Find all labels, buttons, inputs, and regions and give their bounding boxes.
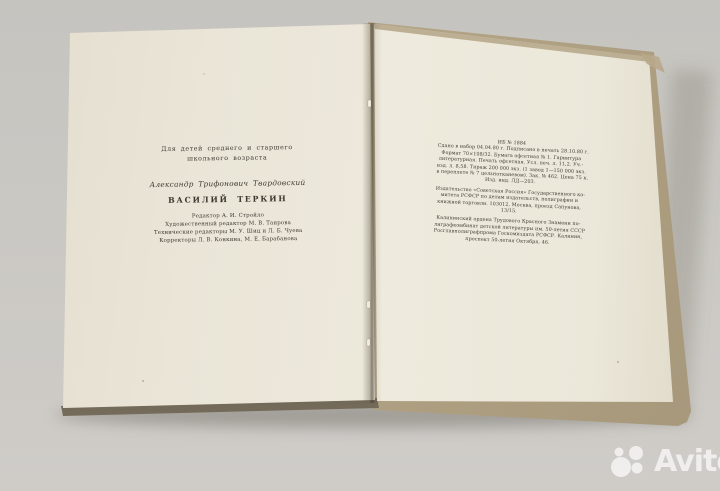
editorial-credits: Редактор А. И. Стройло Художественный ре… <box>128 211 328 246</box>
book-title: ВАСИЛИЙ ТЕРКИН <box>128 194 328 206</box>
spine-gutter-shadow <box>362 23 382 403</box>
colophon-text: ИБ № 1884 Сдано в набор 04.04.80 г. Подп… <box>433 138 586 253</box>
avito-watermark: Avito <box>610 443 720 480</box>
dust-speck <box>142 380 144 382</box>
printer-block: Калининский ордена Трудового Красного Зн… <box>433 216 582 248</box>
dust-speck <box>617 361 619 363</box>
avito-logo-icon <box>610 443 650 480</box>
audience-line: школьного возраста <box>127 153 327 166</box>
audience-note: Для детей среднего и старшего школьного … <box>127 143 327 166</box>
publisher-block: Издательство «Советская Россия» Государс… <box>435 186 584 218</box>
imprint-block: ИБ № 1884 Сдано в набор 04.04.80 г. Подп… <box>436 138 586 190</box>
dust-speck <box>203 73 205 75</box>
binding-stitch <box>367 301 370 308</box>
binding-stitch <box>368 100 371 107</box>
left-page-text: Для детей среднего и старшего школьного … <box>127 143 328 246</box>
book-photo: Для детей среднего и старшего школьного … <box>0 0 720 491</box>
author-name: Александр Трифонович Твардовский <box>127 178 327 190</box>
binding-stitch <box>367 339 370 346</box>
avito-watermark-label: Avito <box>654 443 720 480</box>
